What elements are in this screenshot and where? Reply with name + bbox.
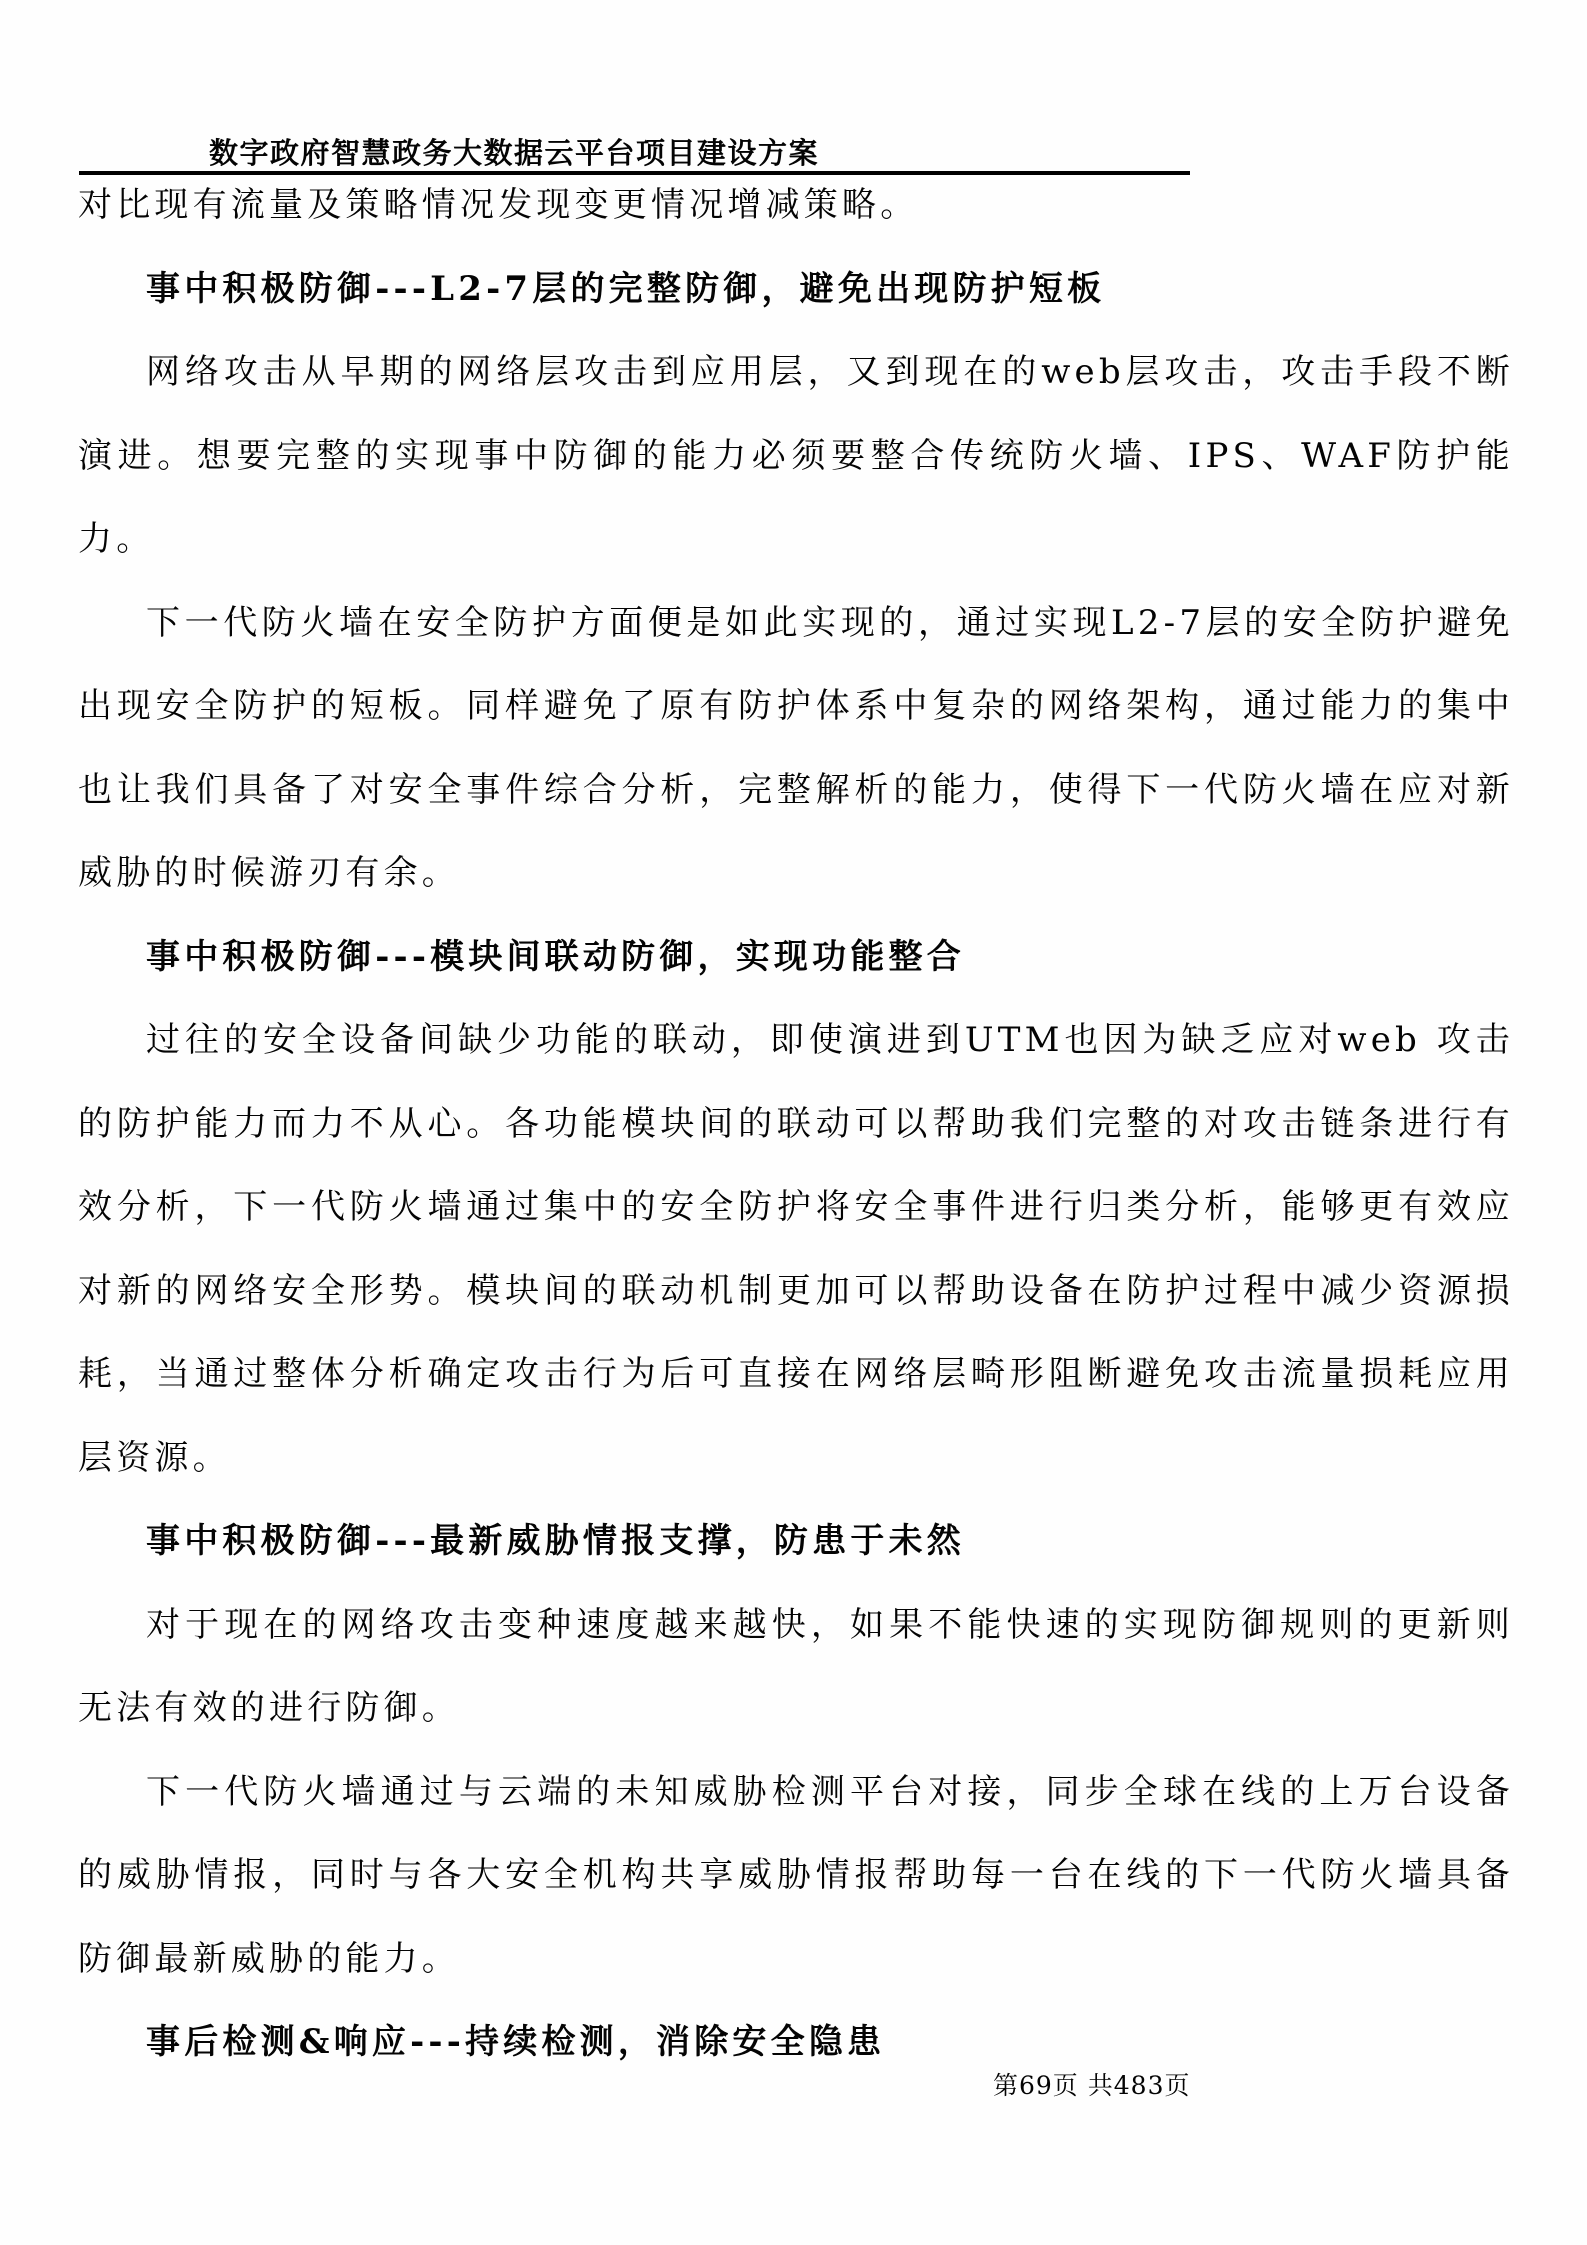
section-heading: 事后检测&响应---持续检测，消除安全隐患 (78, 2001, 1514, 2085)
section-heading: 事中积极防御---模块间联动防御，实现功能整合 (78, 916, 1514, 1000)
body-paragraph: 下一代防火墙通过与云端的未知威胁检测平台对接，同步全球在线的上万台设备的威胁情报… (78, 1751, 1514, 2002)
continuation-paragraph: 对比现有流量及策略情况发现变更情况增减策略。 (78, 164, 1514, 248)
body-paragraph: 对于现在的网络攻击变种速度越来越快，如果不能快速的实现防御规则的更新则无法有效的… (78, 1584, 1514, 1751)
section-heading: 事中积极防御---L2-7层的完整防御，避免出现防护短板 (78, 248, 1514, 332)
page-number-footer: 第69页 共483页 (993, 2066, 1190, 2102)
body-paragraph: 下一代防火墙在安全防护方面便是如此实现的，通过实现L2-7层的安全防护避免出现安… (78, 582, 1514, 916)
document-body: 对比现有流量及策略情况发现变更情况增减策略。事中积极防御---L2-7层的完整防… (78, 164, 1514, 2085)
section-heading: 事中积极防御---最新威胁情报支撑，防患于未然 (78, 1500, 1514, 1584)
document-page: 数字政府智慧政务大数据云平台项目建设方案 对比现有流量及策略情况发现变更情况增减… (0, 0, 1587, 2245)
body-paragraph: 网络攻击从早期的网络层攻击到应用层，又到现在的web层攻击，攻击手段不断演进。想… (78, 331, 1514, 582)
body-paragraph: 过往的安全设备间缺少功能的联动，即使演进到UTM也因为缺乏应对web 攻击的防护… (78, 999, 1514, 1500)
